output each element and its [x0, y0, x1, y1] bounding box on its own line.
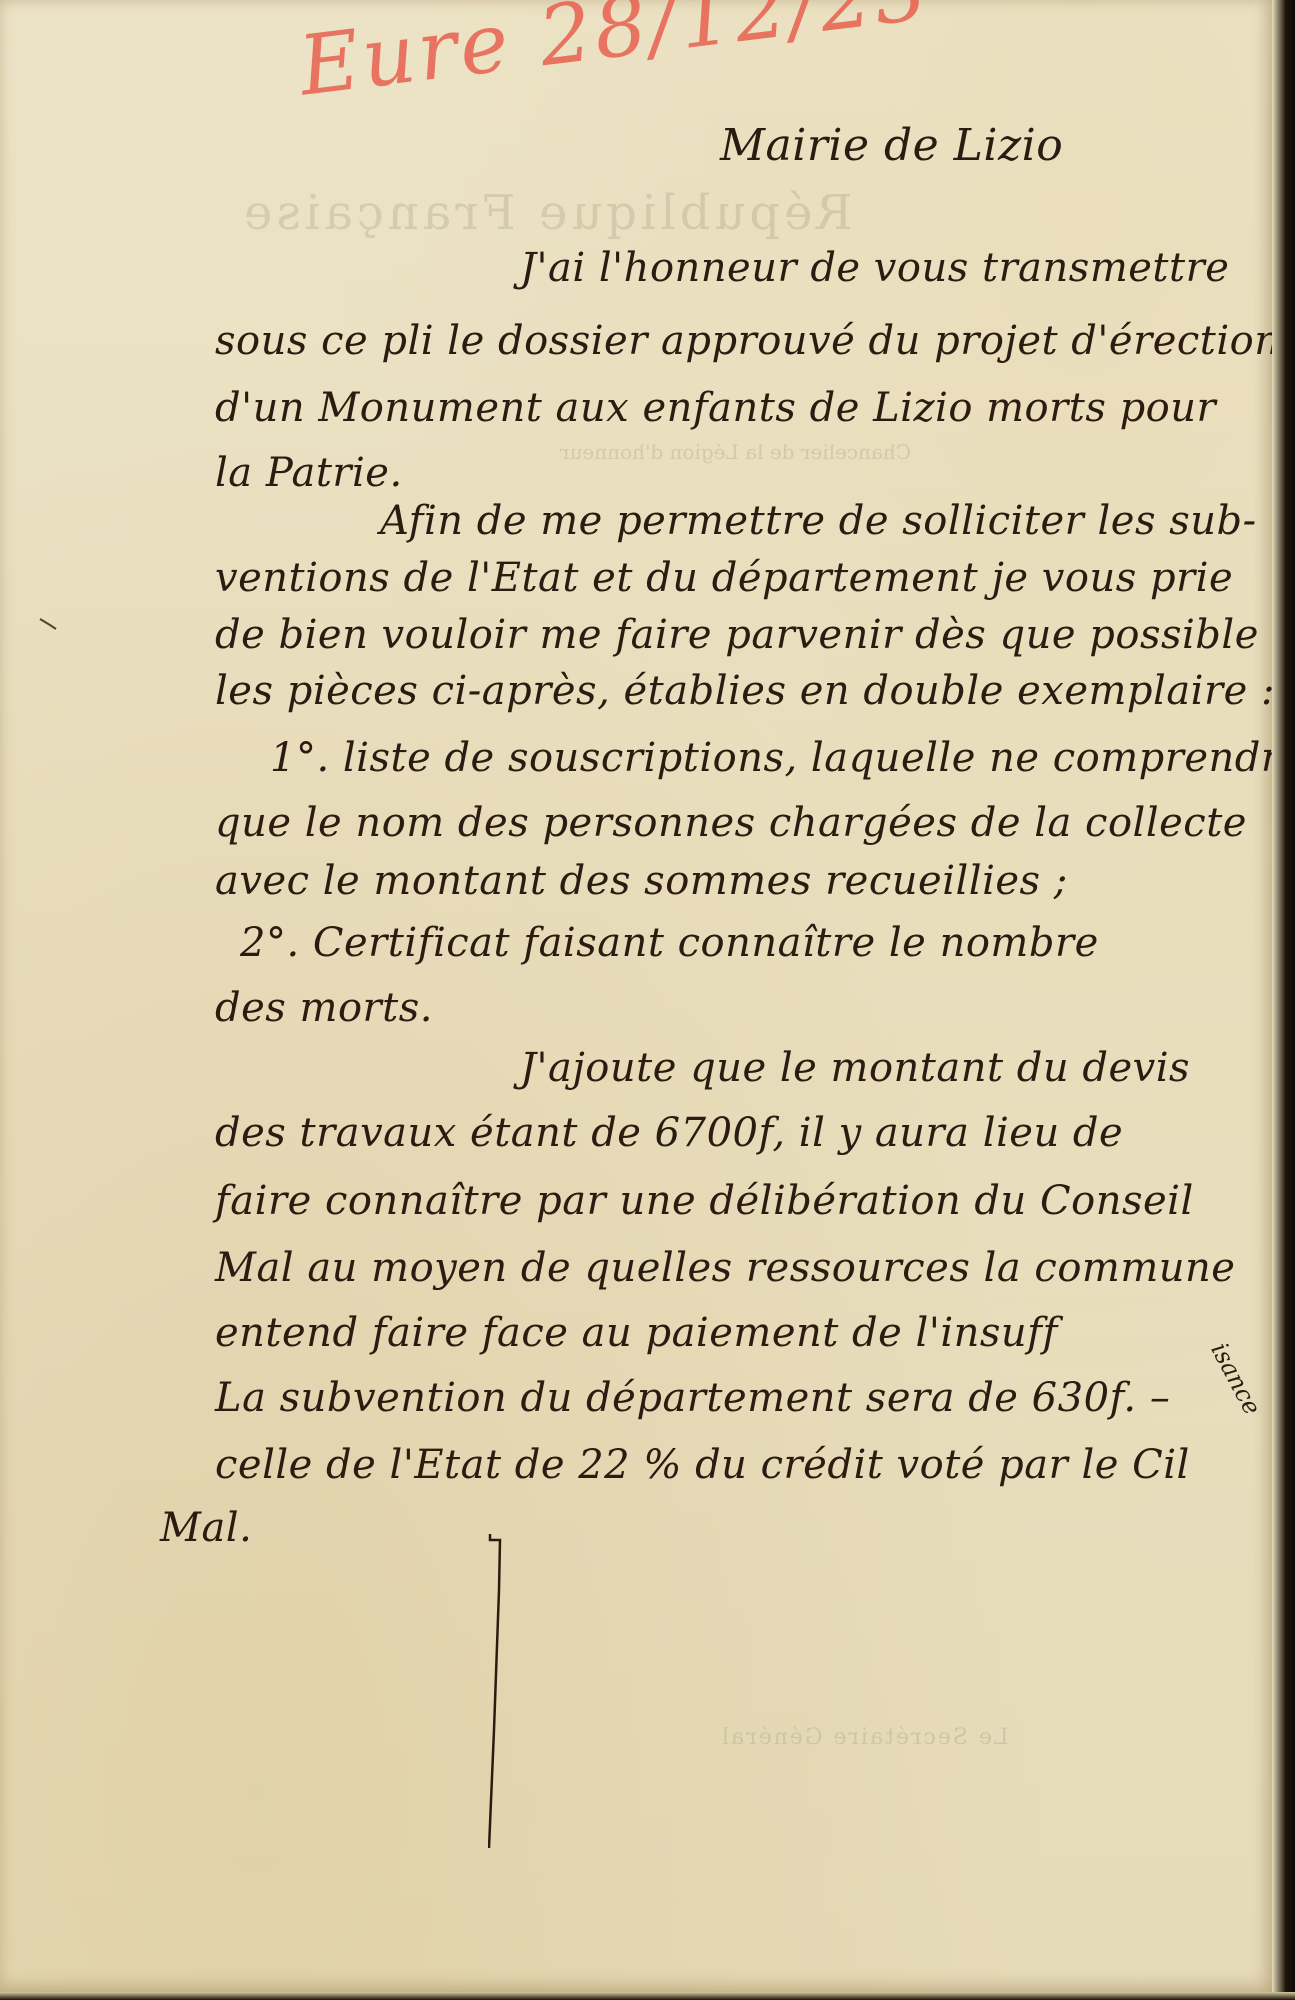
text-line: avec le montant des sommes recueillies ; — [215, 858, 1068, 904]
text-line: J'ajoute que le montant du devis — [520, 1045, 1190, 1091]
scan-bottom-shadow — [0, 1992, 1295, 2000]
text-line: La subvention du département sera de 630… — [215, 1375, 1170, 1421]
text-line: Mal au moyen de quelles ressources la co… — [215, 1245, 1235, 1291]
text-line: la Patrie. — [215, 450, 403, 496]
red-pencil-annotation: Eure 28/12/23 — [294, 0, 935, 115]
letter-heading: Mairie de Lizio — [720, 120, 1063, 171]
scan-edge-shadow — [1272, 0, 1295, 2000]
text-line: ventions de l'Etat et du département je … — [215, 555, 1233, 601]
text-line: d'un Monument aux enfants de Lizio morts… — [215, 385, 1216, 431]
text-line: celle de l'Etat de 22 % du crédit voté p… — [215, 1442, 1190, 1488]
text-line: sous ce pli le dossier approuvé du proje… — [215, 318, 1280, 364]
text-line: de bien vouloir me faire parvenir dès qu… — [215, 612, 1259, 658]
text-line: des travaux étant de 6700f, il y aura li… — [215, 1110, 1123, 1156]
bleed-through-subtitle: Chancelier de la Légion d'honneur — [560, 440, 911, 464]
text-line: Mal. — [160, 1505, 252, 1551]
list-item-2: 2°. Certificat faisant connaître le nomb… — [240, 920, 1099, 966]
letter-page: République Française Chancelier de la Lé… — [0, 0, 1273, 1992]
text-line: que le nom des personnes chargées de la … — [215, 800, 1247, 846]
text-line: des morts. — [215, 985, 433, 1031]
bleed-through-letterhead: République Française — [240, 185, 853, 241]
closing-bracket-mark — [488, 1530, 502, 1850]
bleed-through-signature-title: Le Secrétaire Général — [720, 1725, 1009, 1750]
text-line: les pièces ci-après, établies en double … — [215, 668, 1275, 714]
text-line: Afin de me permettre de solliciter les s… — [380, 498, 1257, 544]
text-line: entend faire face au paiement de l'insuf… — [215, 1310, 1058, 1356]
margin-ink-mark — [38, 617, 68, 631]
text-line: J'ai l'honneur de vous transmettre — [520, 245, 1229, 291]
margin-continuation: isance — [1205, 1338, 1266, 1419]
list-item-1: 1°. liste de souscriptions, laquelle ne … — [270, 735, 1295, 781]
text-line: faire connaître par une délibération du … — [215, 1178, 1194, 1224]
